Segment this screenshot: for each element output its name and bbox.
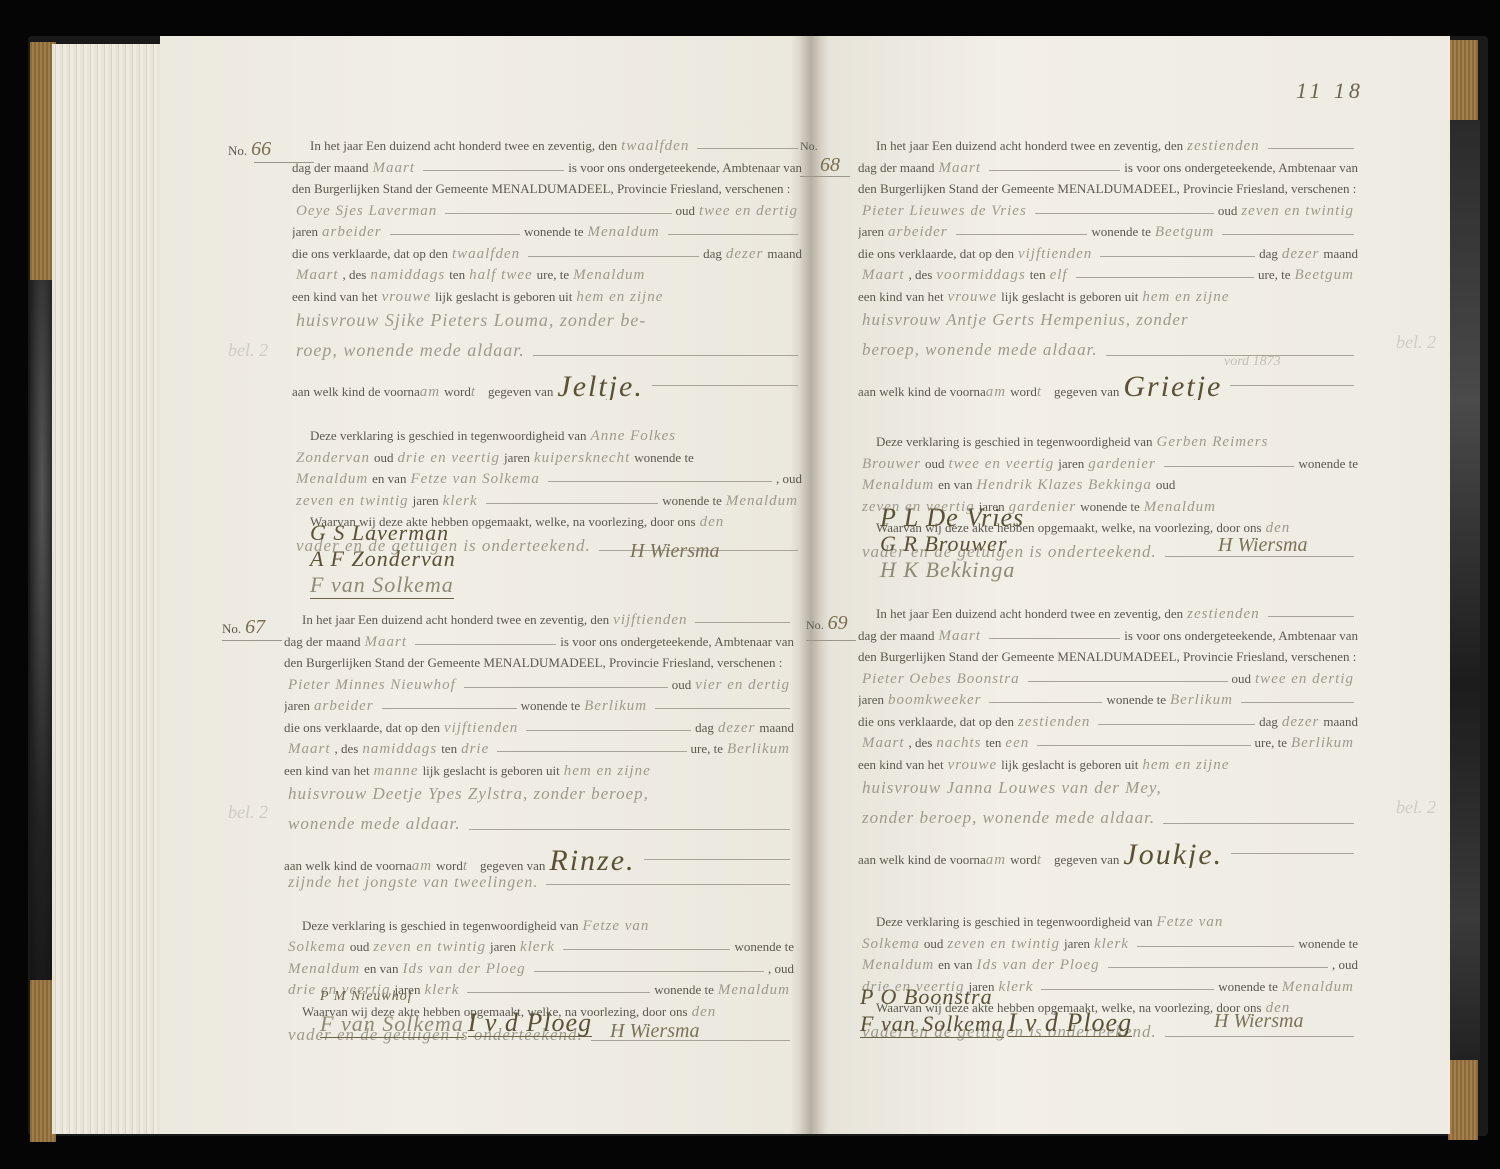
entry-number: No.66 <box>228 138 271 161</box>
birth-record-66: In het jaar Een duizend acht honderd twe… <box>292 138 802 566</box>
registrar-signature: H Wiersma <box>630 540 719 563</box>
signatures-67: P M Nieuwhof F van Solkema I v d Ploeg <box>320 984 592 1038</box>
child-name: Grietje <box>1123 370 1222 400</box>
registrar-signature: H Wiersma <box>1218 534 1307 557</box>
marbled-board-right <box>1450 120 1480 1060</box>
signatures-66: G S Laverman A F Zondervan F van Solkema <box>310 520 456 599</box>
registrar-signature: H Wiersma <box>1214 1010 1303 1033</box>
signatures-69: P O Boonstra F van Solkema I v d Ploeg <box>860 984 1132 1038</box>
child-name: Jeltje. <box>557 370 643 400</box>
entry-number: No.67 <box>222 616 265 639</box>
child-name: Joukje. <box>1123 838 1223 868</box>
book-gutter <box>800 36 822 1134</box>
margin-note: bel. 2 <box>1396 795 1436 819</box>
margin-note: bel. 2 <box>1396 330 1436 354</box>
entry-number: No.69 <box>806 612 848 635</box>
page-stack-edges <box>52 44 162 1134</box>
entry-number: No. 68 <box>800 138 818 154</box>
signatures-68: P L De Vries G R Brouwer H K Bekkinga <box>880 505 1024 583</box>
registrar-signature: H Wiersma <box>610 1020 699 1043</box>
margin-note: bel. 2 <box>228 800 268 824</box>
page-number: 11 18 <box>1296 78 1364 104</box>
margin-note: bel. 2 <box>228 338 268 362</box>
child-name: Rinze. <box>549 844 635 874</box>
